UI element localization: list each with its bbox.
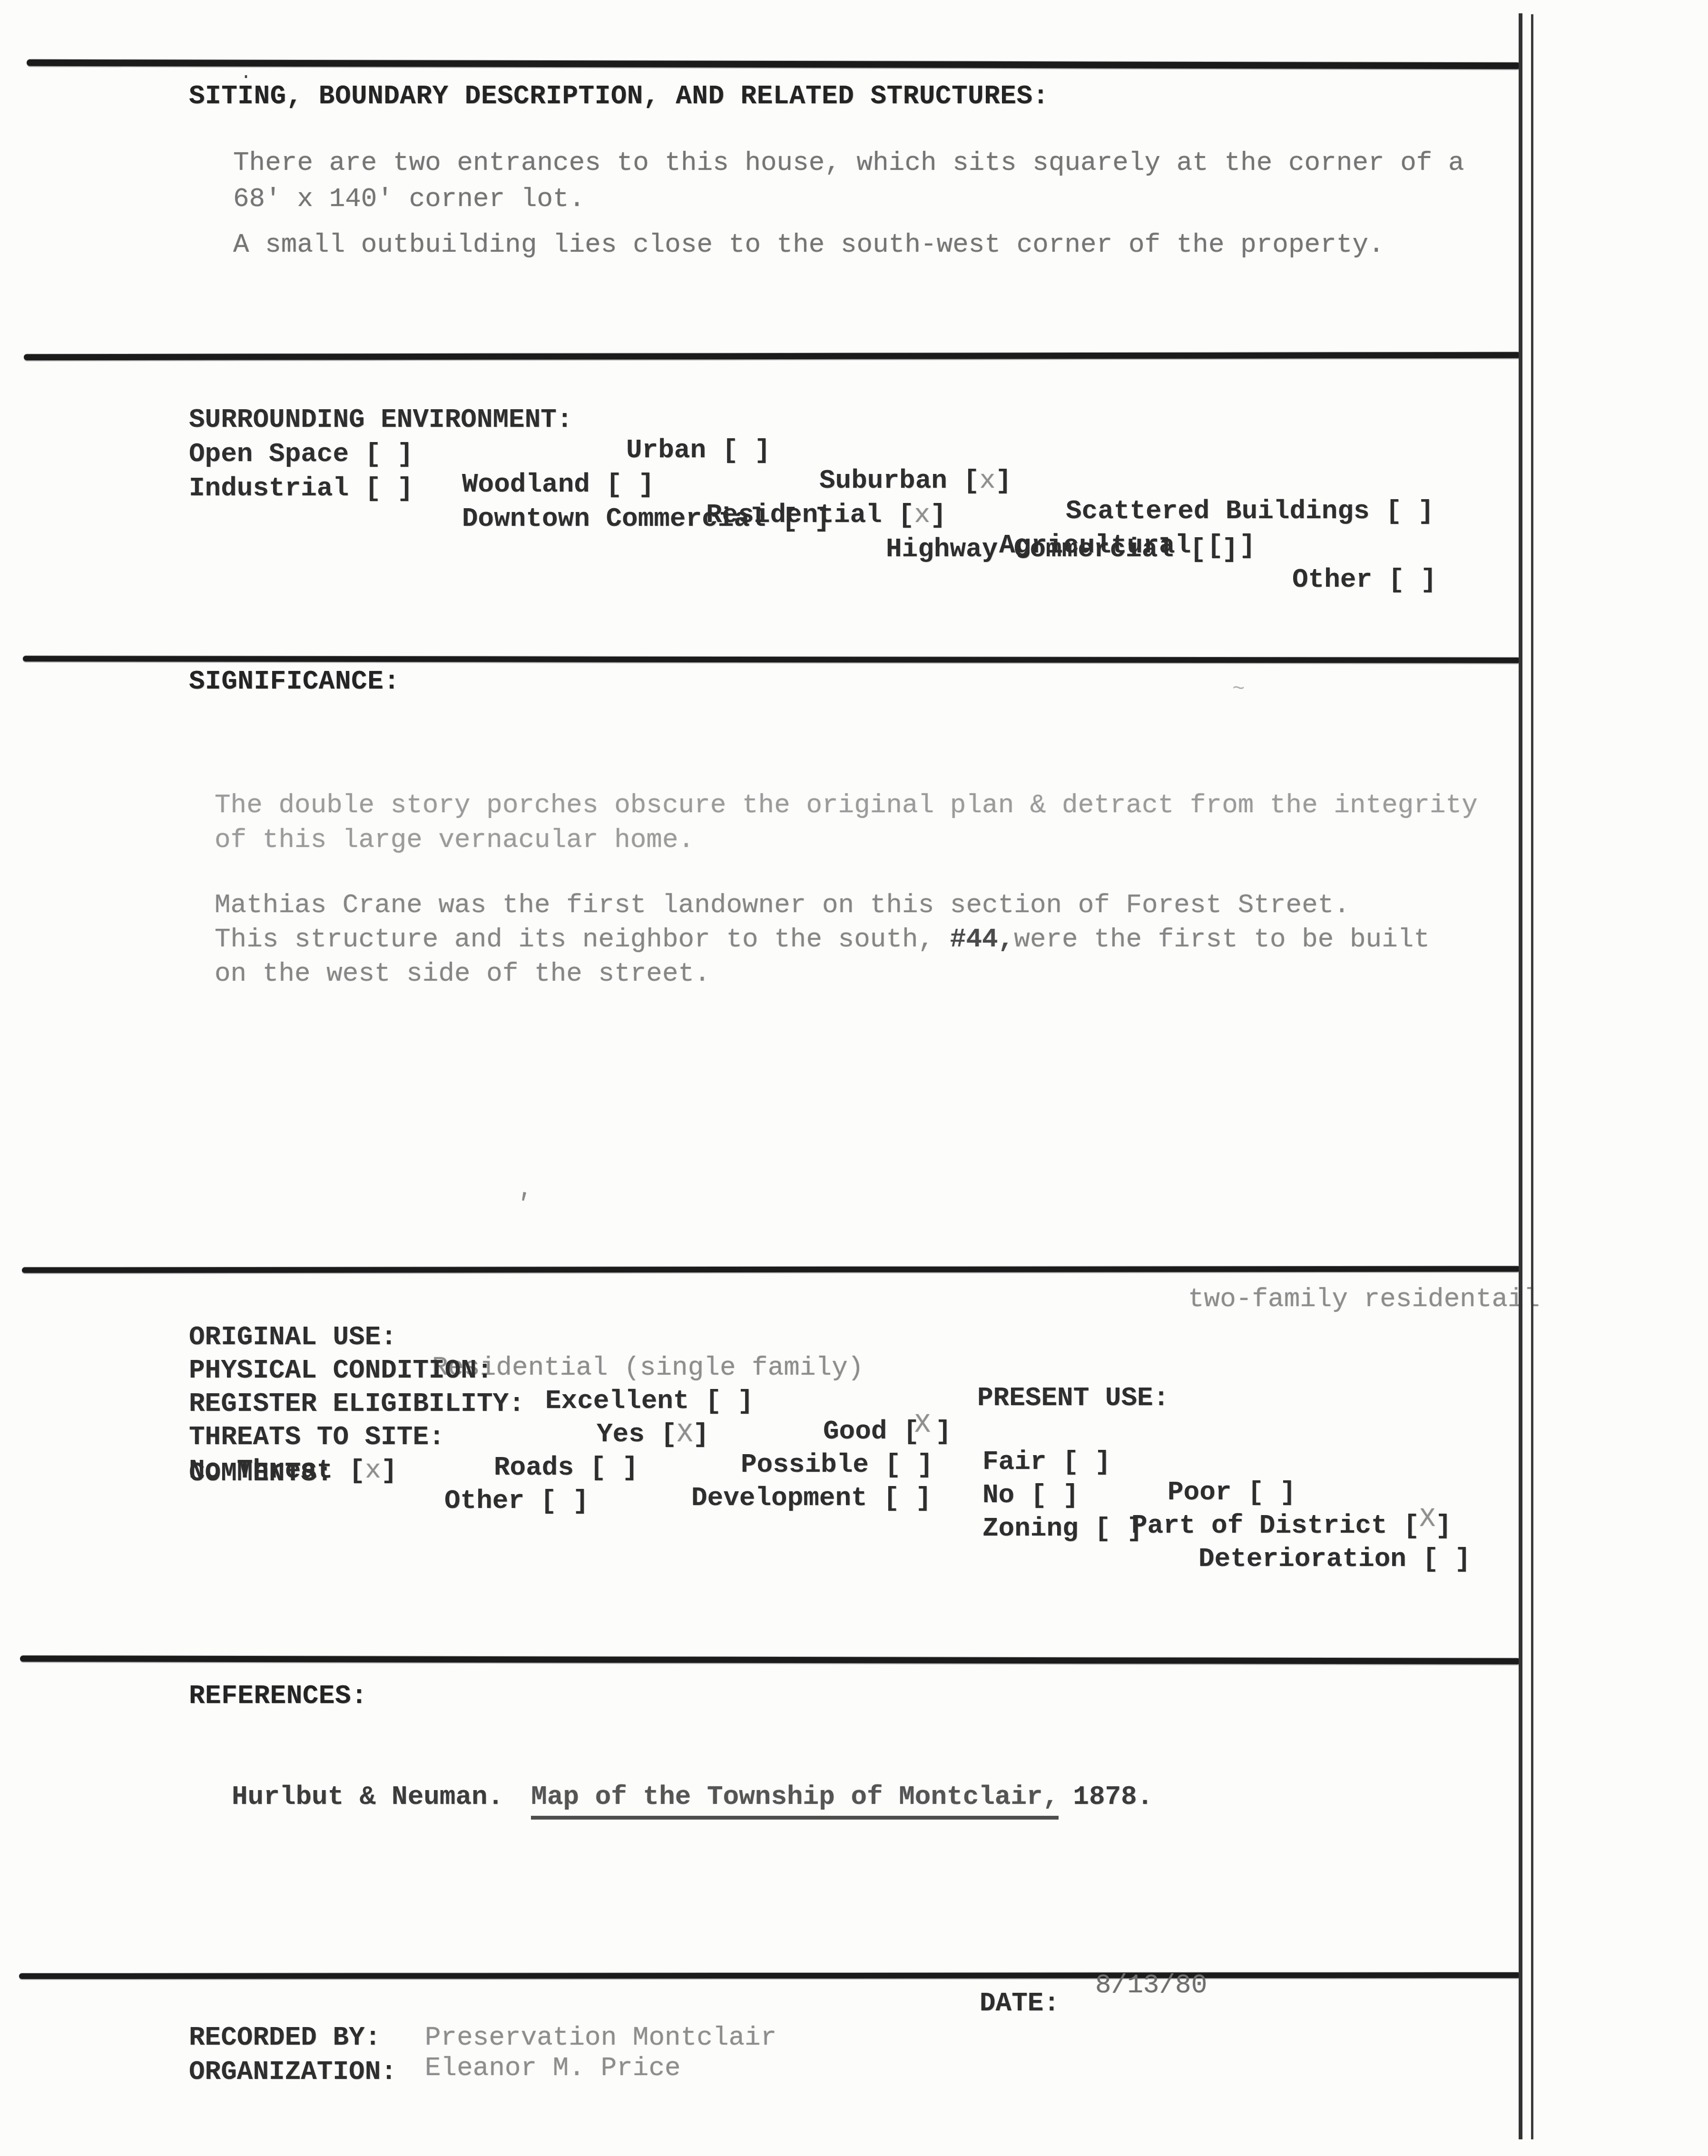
checkbox-open-bracket: [	[898, 500, 914, 530]
organization-value: Preservation Montclair	[425, 2022, 776, 2053]
significance-section-heading: SIGNIFICANCE:	[189, 666, 400, 697]
section-rule-3	[23, 656, 1521, 663]
siting-paragraph-line: There are two entrances to this house, w…	[233, 148, 1464, 178]
significance-paragraph-line: Mathias Crane was the first landowner on…	[215, 890, 1350, 920]
siting-paragraph-line: A small outbuilding lies close to the so…	[233, 229, 1384, 260]
checkbox-poor: Poor[]	[1168, 1477, 1296, 1507]
checkbox-open-bracket: [	[782, 503, 798, 534]
checkbox-scattered-buildings: Scattered Buildings[]	[1066, 496, 1434, 526]
section-rule-5	[20, 1655, 1521, 1664]
scanned-survey-form-page: SITING, BOUNDARY DESCRIPTION, AND RELATE…	[0, 0, 1708, 2156]
reference-title-underlined: Map of the Township of Montclair,	[531, 1782, 1059, 1820]
checkbox-open-bracket: [	[540, 1486, 557, 1516]
checkbox-zoning: Zoning[]	[982, 1513, 1143, 1544]
scan-artifact-dot: .	[240, 63, 252, 84]
house-number-44: #44,	[950, 924, 1014, 955]
page-edge-line-outer	[1519, 13, 1522, 2139]
environment-row-1: SURROUNDING ENVIRONMENT: Urban[] Suburba…	[189, 374, 1521, 407]
comments-label: COMMENTS:	[189, 1458, 333, 1488]
checkbox-open-bracket: [	[1386, 496, 1402, 526]
references-section-heading: REFERENCES:	[189, 1681, 367, 1711]
checkbox-open-bracket: [	[883, 1483, 900, 1513]
checkbox-open-bracket: [	[1404, 1510, 1420, 1541]
organization-label: ORGANIZATION:	[189, 2057, 397, 2087]
siting-paragraph-line: 68' x 140' corner lot.	[233, 184, 585, 214]
checkbox-environment-other: Other[]	[1292, 564, 1436, 595]
significance-paragraph-line: of this large vernacular home.	[215, 825, 694, 855]
checkbox-close-bracket: ]	[1454, 1544, 1471, 1574]
scan-artifact-apostrophe: '	[511, 1188, 534, 1222]
checkbox-label: Deterioration	[1198, 1544, 1406, 1574]
significance-paragraph-line: This structure and its neighbor to the s…	[215, 924, 1430, 955]
checkbox-label: Scattered Buildings	[1066, 496, 1370, 526]
significance-text-segment: were the first to be built	[1014, 924, 1430, 955]
checkbox-no: No[]	[982, 1480, 1079, 1510]
physical-condition-row: PHYSICAL CONDITION: Excellent[] Good[X] …	[189, 1325, 1569, 1358]
checkbox-mark: X	[1419, 1504, 1435, 1534]
reference-year: 1878.	[1073, 1782, 1153, 1812]
no-threat-row: No Threat[x] Other[]	[189, 1425, 1569, 1458]
checkbox-downtown-commercial: Downtown Commercial[]	[462, 503, 830, 534]
checkbox-close-bracket: ]	[1063, 1480, 1079, 1510]
checkbox-close-bracket: ]	[1280, 1477, 1296, 1507]
reference-entry: Hurlbut & Neuman.Map of the Township of …	[232, 1782, 1153, 1812]
checkbox-industrial: Industrial[]	[189, 473, 413, 503]
checkbox-close-bracket: ]	[1421, 564, 1437, 595]
reference-author: Hurlbut & Neuman.	[232, 1782, 503, 1812]
organization-row: ORGANIZATION: Preservation Montclair	[189, 2026, 1569, 2059]
checkbox-label: Part of District	[1131, 1510, 1387, 1541]
section-rule-4	[22, 1266, 1521, 1273]
checkbox-close-bracket: ]	[573, 1486, 589, 1516]
checkbox-threat-other: Other[]	[444, 1486, 589, 1516]
checkbox-open-bracket: [	[1095, 1513, 1111, 1544]
environment-row-2: Open Space[] Woodland[] Residential[x] A…	[189, 408, 1521, 442]
checkbox-label: Zoning	[982, 1513, 1079, 1544]
checkbox-close-bracket: ]	[930, 500, 946, 530]
recorded-by-row: RECORDED BY: Eleanor M. Price DATE:	[189, 1992, 1569, 2025]
checkbox-open-bracket: [	[365, 473, 381, 503]
page-edge-line-inner	[1531, 14, 1533, 2139]
scan-artifact-tilde: ~	[1232, 678, 1245, 701]
present-use-value: two-family residentail	[1188, 1284, 1540, 1314]
checkbox-open-bracket: [	[349, 1455, 365, 1486]
checkbox-part-of-district: Part of District[X]	[1131, 1510, 1452, 1541]
significance-paragraph-line: on the west side of the street.	[215, 958, 710, 989]
checkbox-highway-commercial: Highway Commercial[]	[886, 534, 1238, 564]
checkbox-close-bracket: ]	[381, 1455, 397, 1486]
threats-to-site-row: THREATS TO SITE: Roads[] Development[] Z…	[189, 1391, 1569, 1425]
checkbox-close-bracket: ]	[814, 503, 830, 534]
significance-text-segment: This structure and its neighbor to the s…	[215, 924, 950, 955]
checkbox-close-bracket: ]	[1239, 530, 1256, 561]
checkbox-deterioration: Deterioration[]	[1198, 1544, 1471, 1574]
checkbox-close-bracket: ]	[397, 473, 413, 503]
checkbox-label: Other	[444, 1486, 524, 1516]
original-present-use-row: ORIGINAL USE: Residential (single family…	[189, 1291, 1569, 1325]
checkbox-open-bracket: [	[1190, 534, 1206, 564]
siting-section-heading: SITING, BOUNDARY DESCRIPTION, AND RELATE…	[189, 81, 1049, 111]
checkbox-close-bracket: ]	[1222, 534, 1238, 564]
checkbox-mark: x	[365, 1455, 381, 1486]
checkbox-close-bracket: ]	[1435, 1510, 1452, 1541]
checkbox-label: Development	[691, 1483, 867, 1513]
checkbox-label: No	[982, 1480, 1014, 1510]
date-value: 8/13/80	[1095, 1970, 1207, 2000]
register-eligibility-row: REGISTER ELIGIBILITY: Yes[X] Possible[] …	[189, 1358, 1569, 1391]
checkbox-label: Highway Commercial	[886, 534, 1174, 564]
checkbox-close-bracket: ]	[1127, 1513, 1143, 1544]
section-rule-6	[19, 1972, 1521, 1979]
checkbox-open-bracket: [	[1388, 564, 1404, 595]
checkbox-label: Industrial	[189, 473, 349, 503]
checkbox-label: Downtown Commercial	[462, 503, 766, 534]
checkbox-mark: x	[914, 500, 930, 530]
section-rule-2	[24, 352, 1521, 360]
date-label: DATE:	[980, 1988, 1060, 2018]
checkbox-open-bracket: [	[1247, 1477, 1264, 1507]
checkbox-label: Poor	[1168, 1477, 1231, 1507]
environment-row-3: Industrial[] Downtown Commercial[] Highw…	[189, 443, 1521, 476]
checkbox-close-bracket: ]	[1418, 496, 1434, 526]
checkbox-open-bracket: [	[1031, 1480, 1047, 1510]
checkbox-open-bracket: [	[1423, 1544, 1439, 1574]
checkbox-close-bracket: ]	[915, 1483, 932, 1513]
significance-paragraph-line: The double story porches obscure the ori…	[215, 790, 1478, 820]
checkbox-label: Other	[1292, 564, 1372, 595]
checkbox-development: Development[]	[691, 1483, 932, 1513]
